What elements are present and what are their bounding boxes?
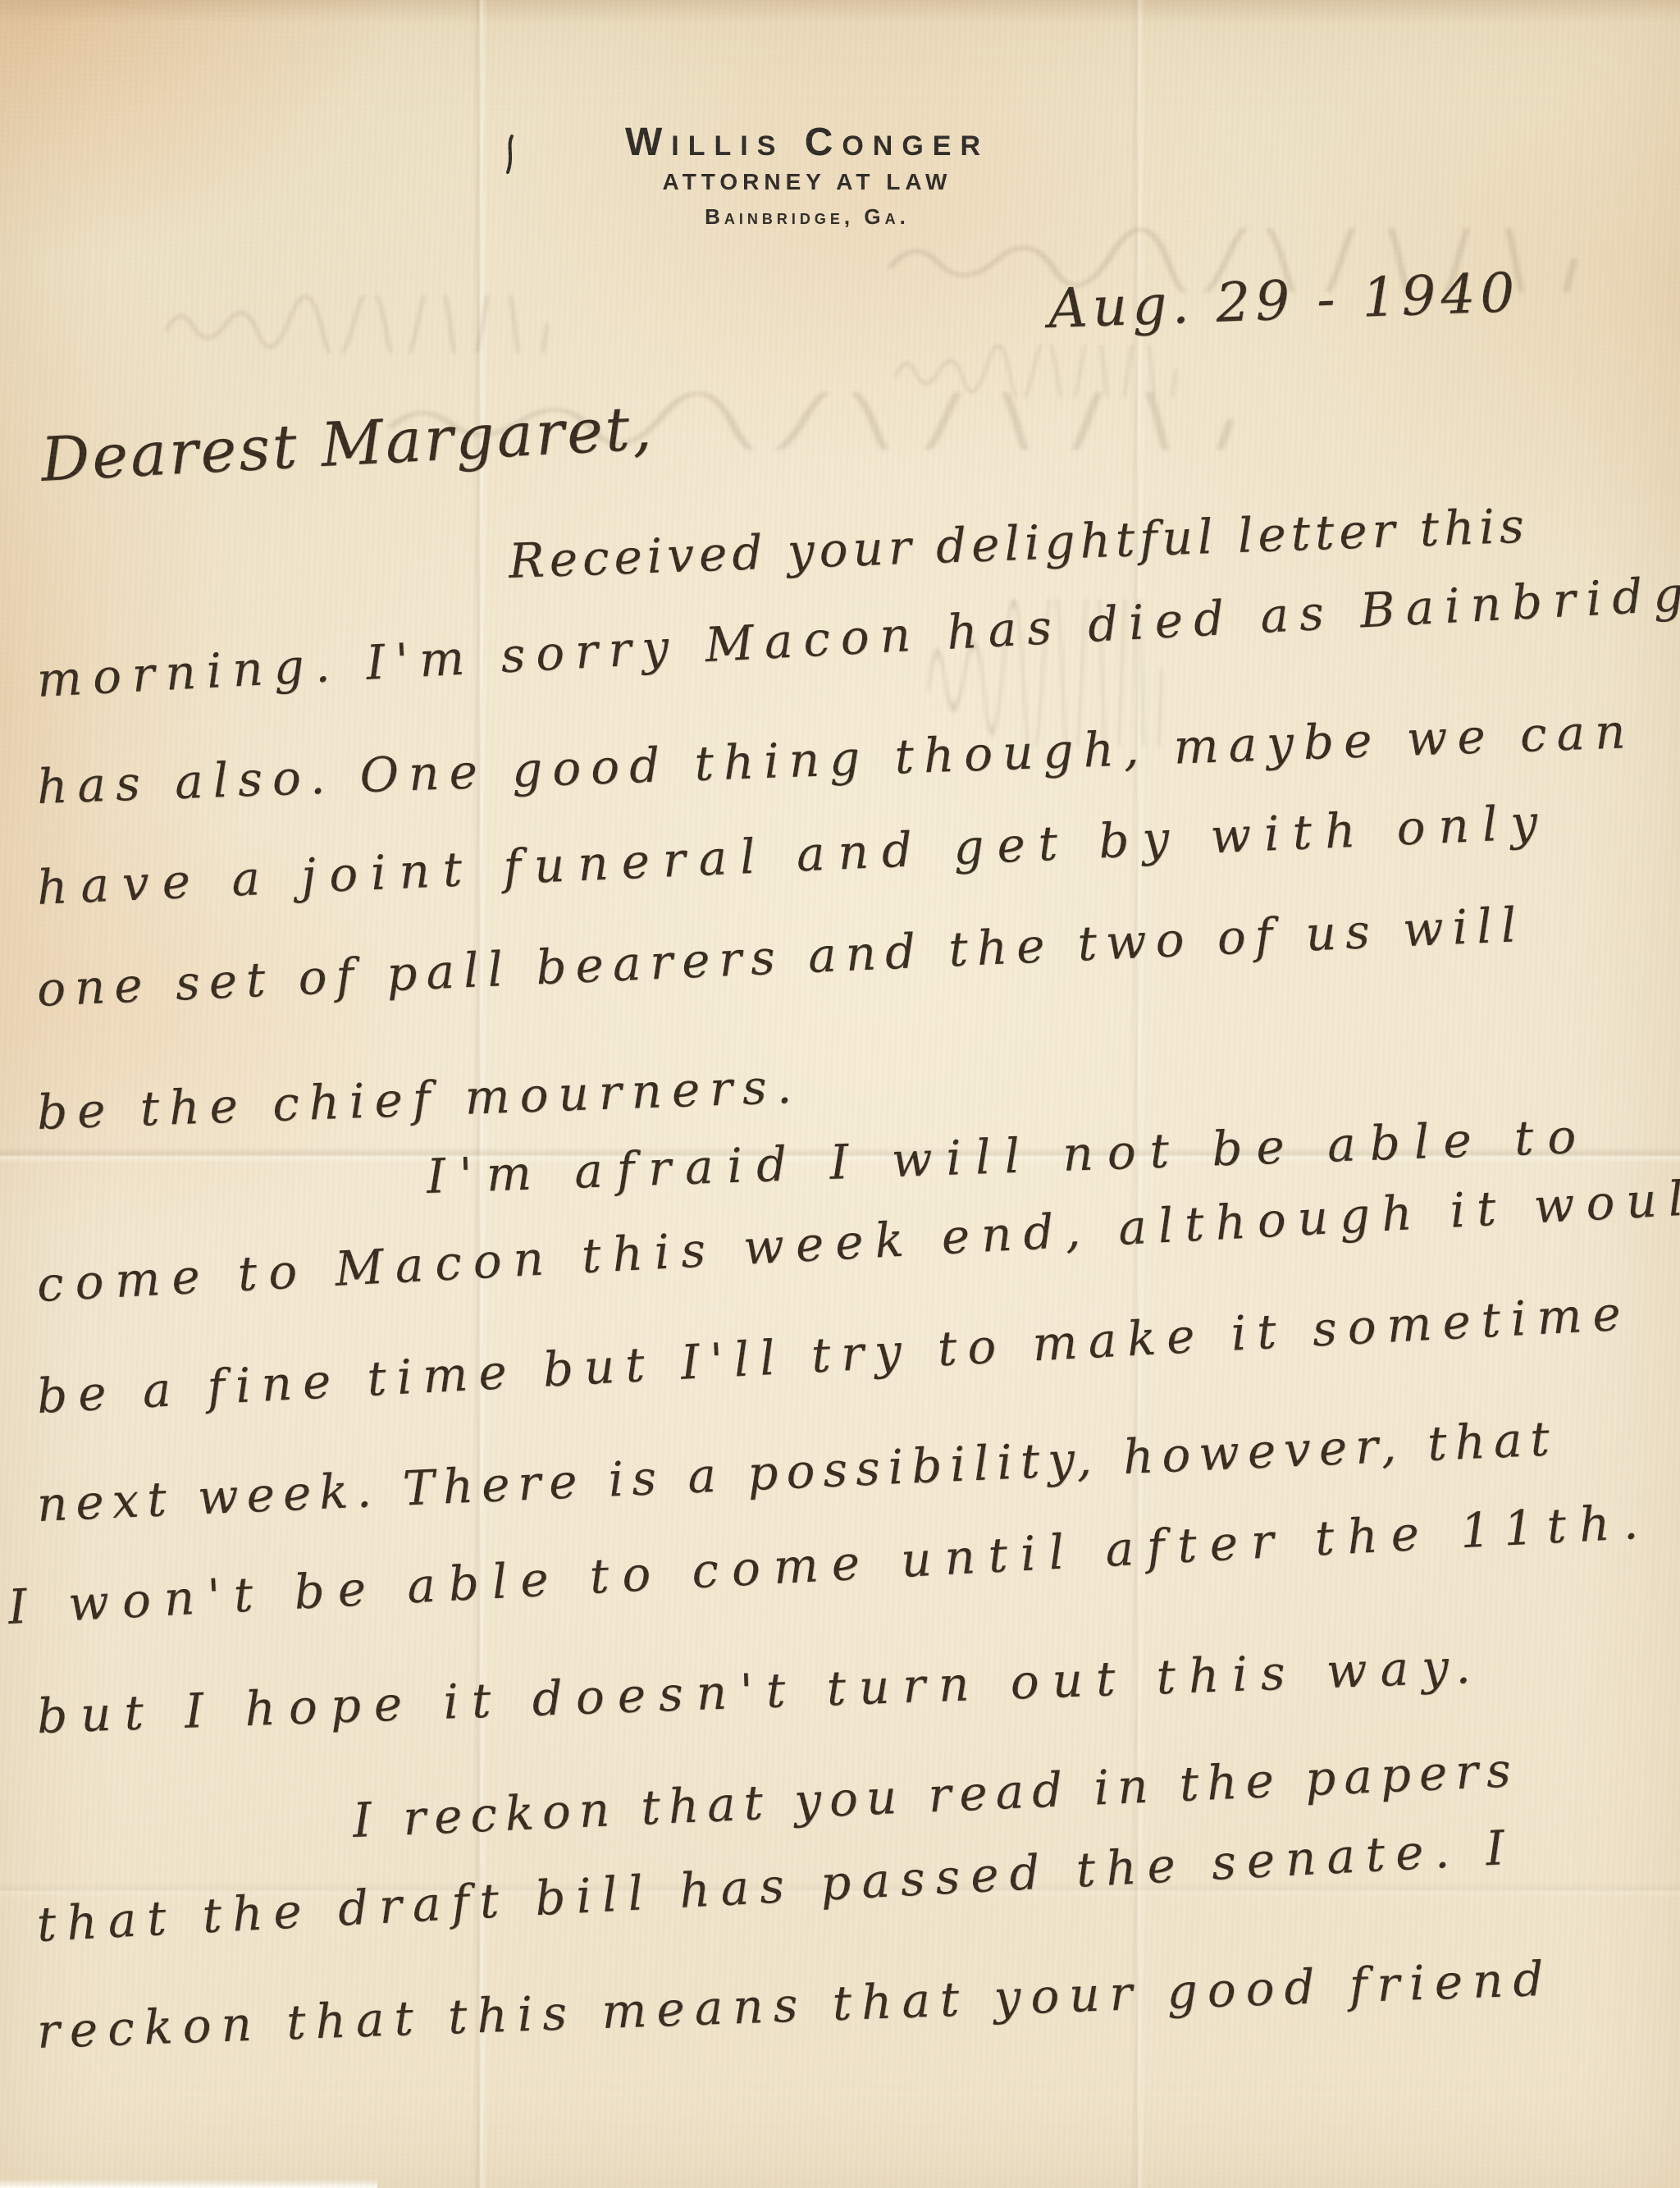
letter-line-14: that the draft bill has passed the senat… (35, 1820, 1516, 1953)
scan-edge (0, 2179, 377, 2188)
letter-line-01: Received your delightful letter this (508, 498, 1530, 589)
letter-date: Aug. 29 - 1940 (1048, 261, 1521, 340)
letter-scan: Willis Conger Attorney at Law Bainbridge… (0, 0, 1680, 2188)
letter-line-04: have a joint funeral and get by with onl… (36, 793, 1552, 915)
salutation: Dearest Margaret, (39, 393, 655, 496)
letter-line-02: morning. I'm sorry Macon has died as Bai… (35, 564, 1680, 708)
letterhead-name: Willis Conger (0, 120, 1647, 165)
ink-showthrough-mark (894, 345, 1189, 397)
letterhead-title: Attorney at Law (0, 169, 1647, 195)
letter-line-03: has also. One good thing though, maybe w… (36, 703, 1637, 815)
letter-line-09: be a fine time but I'll try to make it s… (35, 1285, 1632, 1424)
letterhead-location: Bainbridge, Ga. (0, 204, 1647, 230)
letter-line-05: one set of pall bearers and the two of u… (36, 897, 1527, 1017)
letter-line-15: reckon that this means that your good fr… (36, 1950, 1554, 2059)
letter-line-12: but I hope it doesn't turn out this way. (36, 1638, 1485, 1744)
letter-line-06: be the chief mourners. (36, 1057, 802, 1140)
letter-line-08: come to Macon this week end, although it… (35, 1167, 1680, 1312)
ink-showthrough-mark (164, 295, 566, 353)
